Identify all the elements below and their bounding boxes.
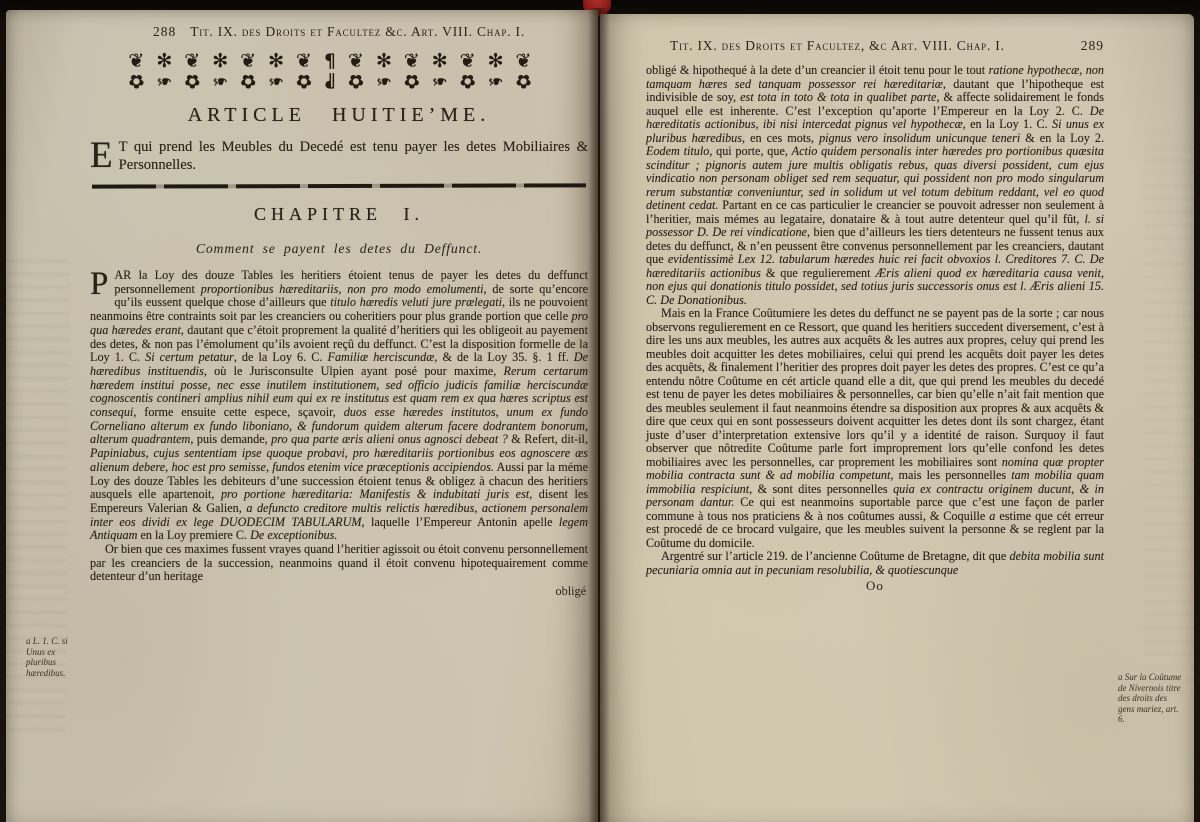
left-paragraph-2: Or bien que ces maximes fussent vrayes q… [90,543,588,584]
left-paragraph-1: PAR la Loy des douze Tables les heritier… [90,269,588,543]
signature-mark: Oo [646,578,1104,594]
left-page-number: 288 [153,24,176,40]
catchword: obligé [90,584,588,598]
right-running-header: Tit. IX. des Droits et Facultez, &c Art.… [646,38,1104,54]
margin-note-right: a Sur la Coûtume de Nivernois titre des … [1118,672,1182,725]
chapter-title: CHAPITRE I. [90,204,588,225]
right-header-title: Tit. IX. des Droits et Facultez, &c Art.… [670,38,1005,54]
left-paragraph-1-text: AR la Loy des douze Tables les heritiers… [90,268,588,542]
article-intro-text: T qui prend les Meubles du Decedé est te… [119,139,588,173]
dropcap-P: P [90,269,114,297]
ornament-row-bottom: ✿❧✿❧✿❧✿¶✿❧✿❧✿❧✿ [84,70,588,92]
left-page: 288 Tit. IX. des Droits et Facultez &c. … [6,10,598,822]
right-paragraph-3: Argentré sur l’article 219. de l’ancienn… [646,550,1104,577]
ornament-row-top: ❦✻❦✻❦✻❦¶❦✻❦✻❦✻❦ [84,50,588,72]
section-rule [92,183,586,188]
right-paragraph-2: Mais en la France Coûtumiere les detes d… [646,307,1104,550]
article-intro: ET qui prend les Meubles du Decedé est t… [90,139,588,174]
left-running-header: 288 Tit. IX. des Droits et Facultez &c. … [90,24,588,40]
article-title: ARTICLE HUITIE’ME. [90,104,588,127]
ornament-band: ❦✻❦✻❦✻❦¶❦✻❦✻❦✻❦ ✿❧✿❧✿❧✿¶✿❧✿❧✿❧✿ [84,50,588,92]
bleed-through-texture [1144,134,1200,694]
right-page: Tit. IX. des Droits et Facultez, &c Art.… [600,14,1194,822]
right-paragraph-1: obligé & hipothequé à la dete d’un crean… [646,64,1104,307]
chapter-subtitle: Comment se payent les detes du Deffunct. [90,241,588,257]
book-photo: 288 Tit. IX. des Droits et Facultez &c. … [0,0,1200,822]
dropcap-E: E [90,139,119,171]
left-header-title: Tit. IX. des Droits et Facultez &c. Art.… [190,24,525,40]
right-page-number: 289 [1081,38,1104,54]
margin-note-left: a L. 1. C. si Unus ex pluribus hæredibus… [26,636,82,678]
